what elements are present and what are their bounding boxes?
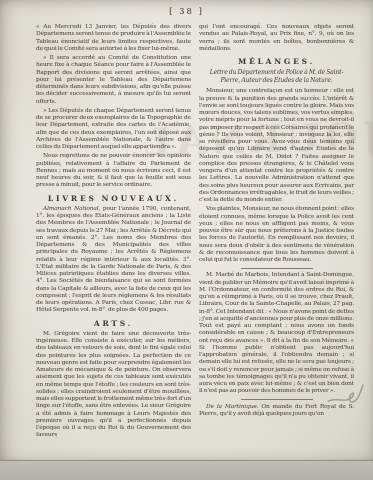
police-letter-paragraph-1: Monsieur, une contrefaçon est un honneur… [199,88,354,204]
letter-title-saint-pierre: Lettre du Département de Police à M. de … [204,69,349,84]
martinique-dateline-italic: De la Martinique. [206,404,258,410]
section-divider-rule [241,268,313,269]
section-heading-livres-nouveaux: LIVRES NOUVEAUX. [36,195,191,202]
police-letter-paragraph-2: Vos plaintes, Monsieur, ne nous étonnent… [199,206,354,264]
almanach-body-text: , pour l'année 1790, contenant, 1°. les … [36,206,191,314]
pencil-checkmark-icon [325,382,367,414]
almanach-national-paragraph: Almanach National, pour l'année 1790, co… [36,206,191,315]
decree-paragraph-2: » Il sera accordé au Comité de Constitut… [36,55,191,106]
right-column: qui l'ont encouragé. Ces nouveaux objets… [199,24,354,442]
section-divider-rule [241,399,313,400]
scanned-newspaper-page: JOURNAL [ 38 ] « Au Mercredi 13 Janvier,… [0,0,373,461]
page-number: [ 38 ] [0,7,373,17]
gregoire-velvet-paragraph: M. Grégoire vient de faire une découvert… [36,331,191,440]
section-heading-melanges: MÉLANGES. [199,58,354,65]
scanner-margin-strip [0,460,373,480]
section-heading-arts: ARTS. [36,320,191,327]
almanach-title-italic: Almanach National [43,206,99,212]
editorial-note-paragraph: Nous regrettons de ne pouvoir énoncer le… [36,153,191,189]
two-column-text-block: « Au Mercredi 13 Janvier, les Députés de… [36,24,354,442]
marbois-memoire-paragraph: M. Marbé de Marbois, Intendant à Saint-D… [199,272,354,395]
decree-paragraph-1: « Au Mercredi 13 Janvier, les Députés de… [36,24,191,53]
left-column: « Au Mercredi 13 Janvier, les Députés de… [36,24,191,442]
decree-paragraph-3: » Les Députés de chaque Département sero… [36,108,191,152]
gregoire-continuation-paragraph: qui l'ont encouragé. Ces nouveaux objets… [199,24,354,53]
